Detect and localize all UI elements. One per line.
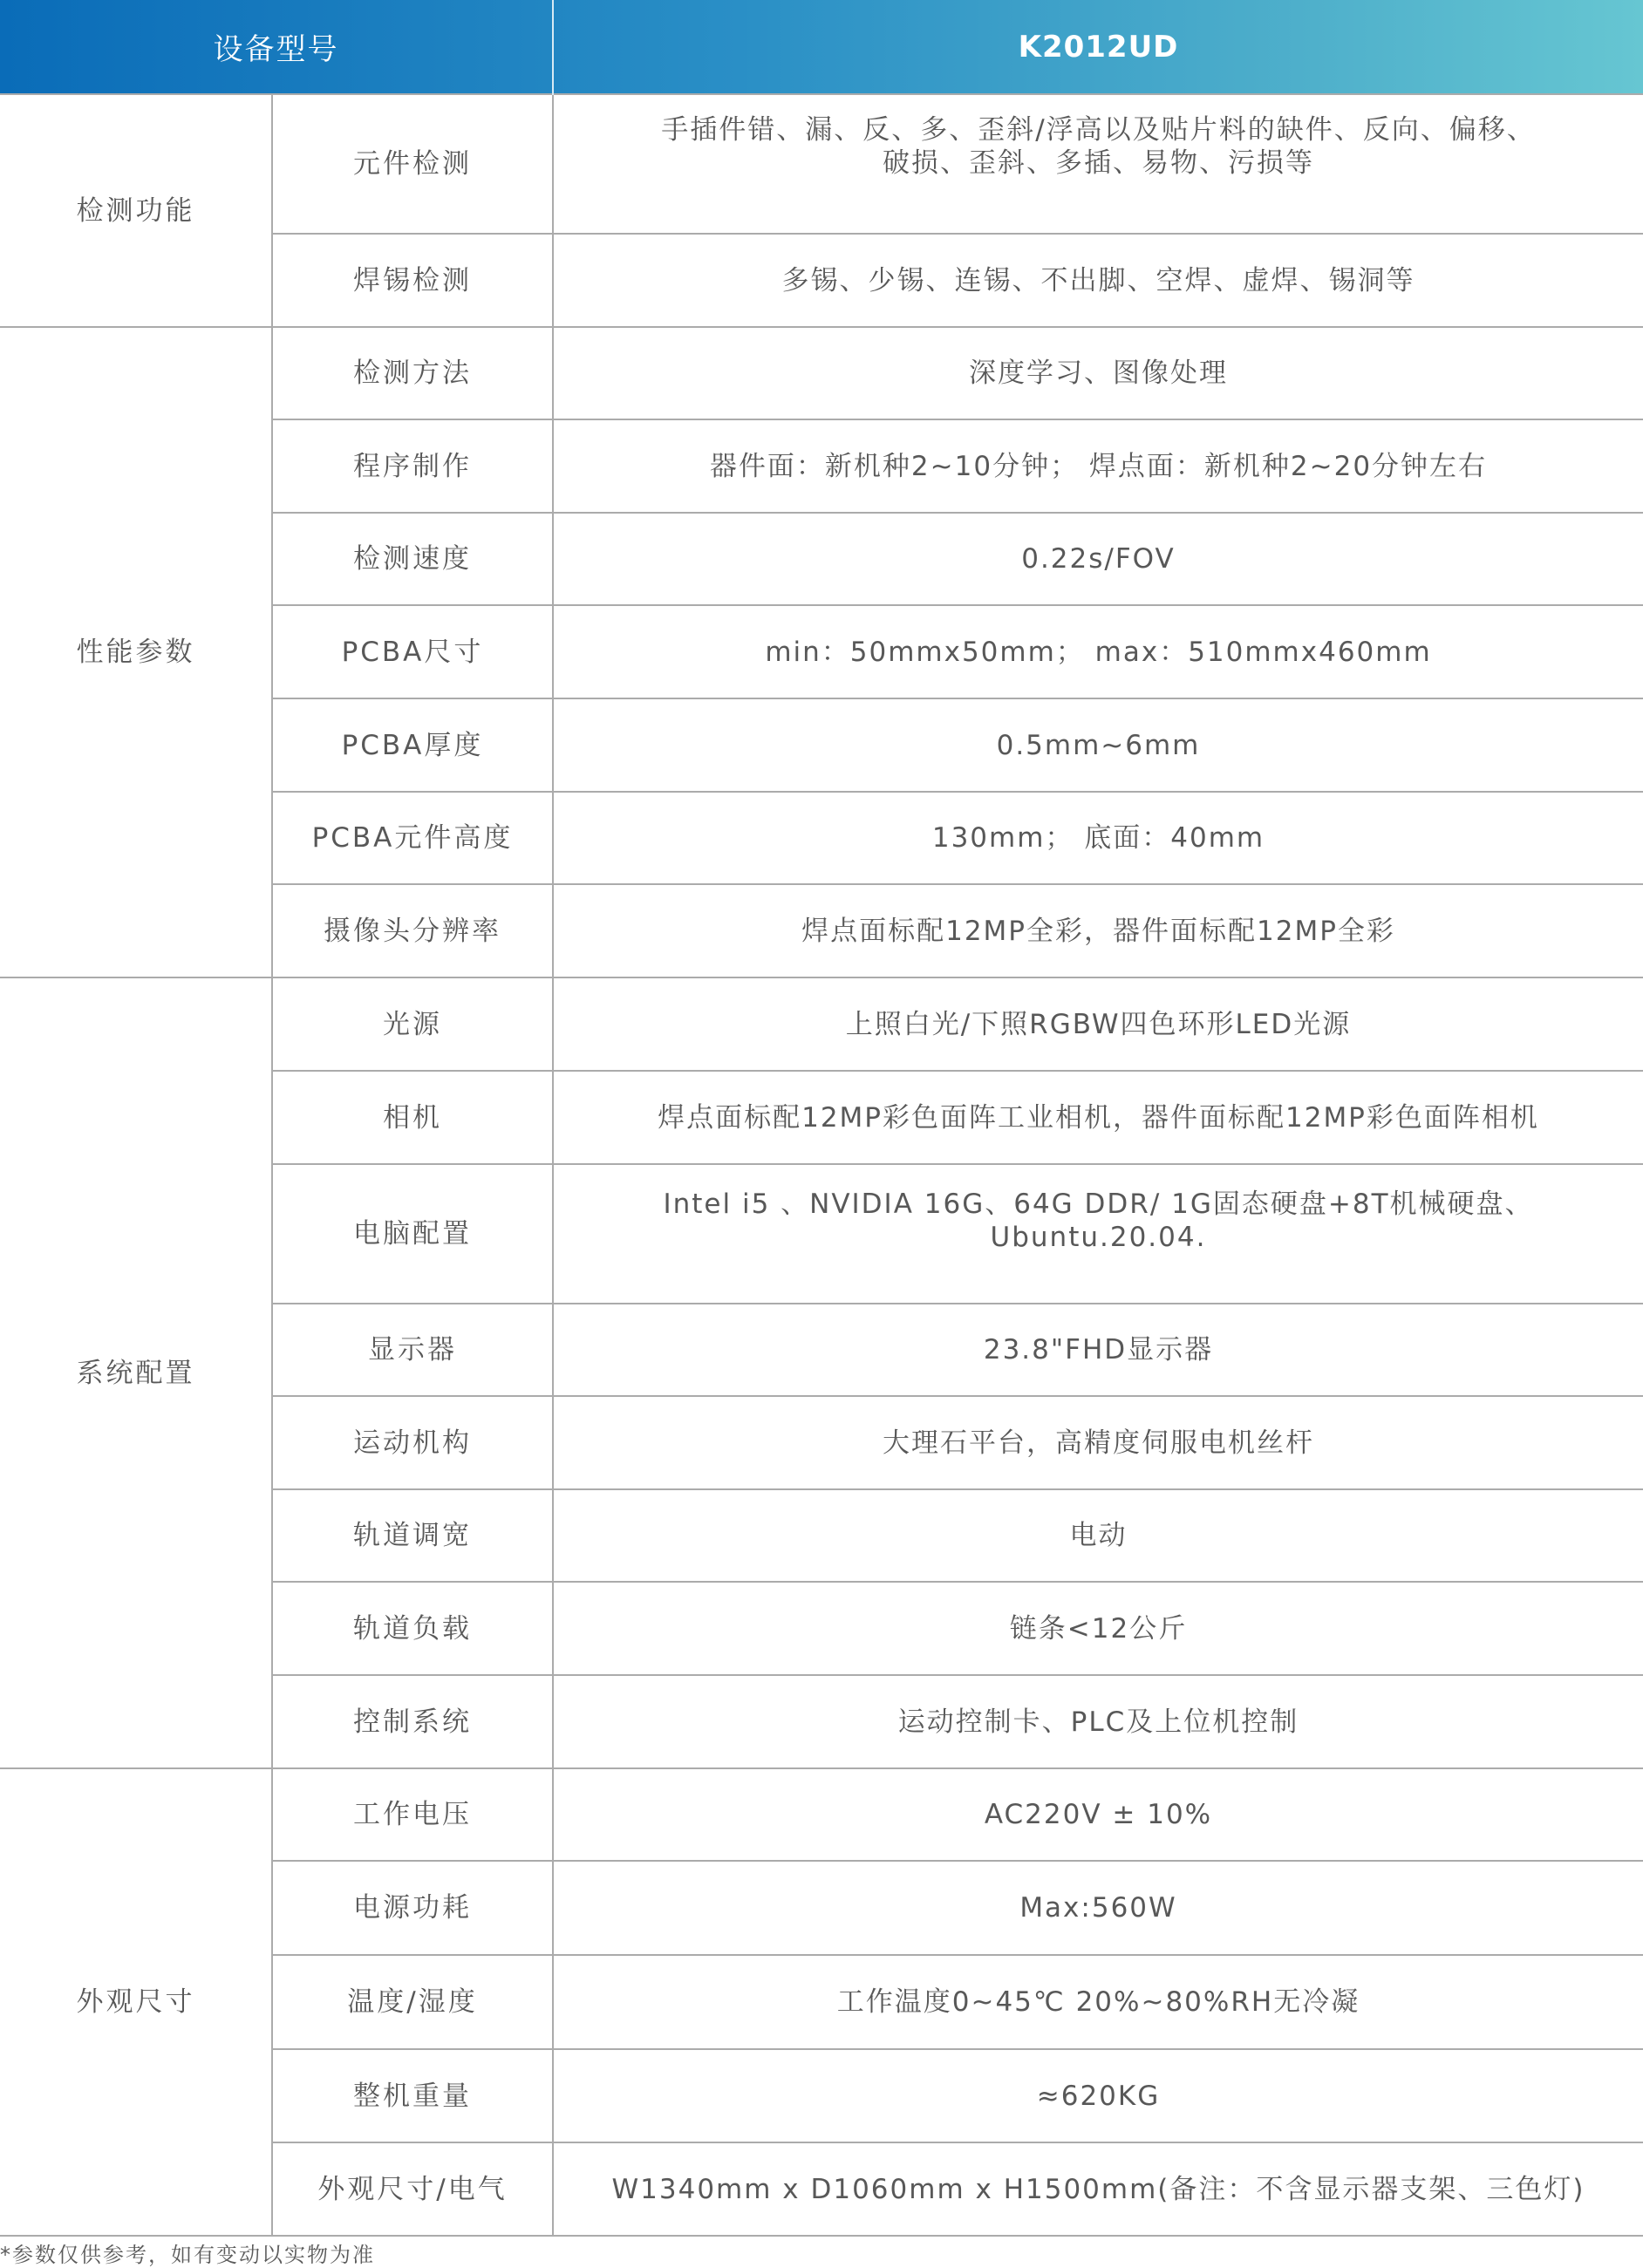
row-value: min：50mmx50mm； max：510mmx460mm xyxy=(553,605,1643,698)
row-value: W1340mm x D1060mm x H1500mm(备注：不含显示器支架、三… xyxy=(553,2142,1643,2236)
row-value: AC220V ± 10% xyxy=(553,1768,1643,1861)
row-item: 外观尺寸/电气 xyxy=(272,2142,553,2236)
row-value: 工作温度0~45℃ 20%~80%RH无冷凝 xyxy=(553,1955,1643,2049)
row-value: 上照白光/下照RGBW四色环形LED光源 xyxy=(553,977,1643,1071)
table-header-row: 设备型号 K2012UD xyxy=(0,0,1643,94)
spec-table: 设备型号 K2012UD 检测功能 元件检测 手插件错、漏、反、多、歪斜/浮高以… xyxy=(0,0,1643,2237)
section-category: 外观尺寸 xyxy=(0,1768,272,2236)
row-item: 元件检测 xyxy=(272,94,553,234)
row-item: 光源 xyxy=(272,977,553,1071)
table-row: 外观尺寸 工作电压 AC220V ± 10% xyxy=(0,1768,1643,1861)
row-item: 电脑配置 xyxy=(272,1164,553,1304)
row-value: 多锡、少锡、连锡、不出脚、空焊、虚焊、锡洞等 xyxy=(553,234,1643,327)
footnote: *参数仅供参考，如有变动以实物为准 xyxy=(0,2237,375,2268)
row-item: 焊锡检测 xyxy=(272,234,553,327)
row-value: 手插件错、漏、反、多、歪斜/浮高以及贴片料的缺件、反向、偏移、 破损、歪斜、多插… xyxy=(553,94,1643,234)
row-value: 0.22s/FOV xyxy=(553,513,1643,605)
row-value: 运动控制卡、PLC及上位机控制 xyxy=(553,1675,1643,1768)
row-value: 23.8"FHD显示器 xyxy=(553,1304,1643,1396)
row-item: 工作电压 xyxy=(272,1768,553,1861)
row-value: 器件面：新机种2~10分钟； 焊点面：新机种2~20分钟左右 xyxy=(553,419,1643,513)
row-item: 温度/湿度 xyxy=(272,1955,553,2049)
row-item: 程序制作 xyxy=(272,419,553,513)
row-value: 电动 xyxy=(553,1489,1643,1582)
row-item: 控制系统 xyxy=(272,1675,553,1768)
table-row: 系统配置 光源 上照白光/下照RGBW四色环形LED光源 xyxy=(0,977,1643,1071)
row-value: 130mm； 底面：40mm xyxy=(553,792,1643,884)
row-value: 焊点面标配12MP彩色面阵工业相机，器件面标配12MP彩色面阵相机 xyxy=(553,1071,1643,1164)
section-category: 系统配置 xyxy=(0,977,272,1768)
row-item: PCBA元件高度 xyxy=(272,792,553,884)
row-value: 链条<12公斤 xyxy=(553,1582,1643,1675)
row-item: 摄像头分辨率 xyxy=(272,884,553,977)
header-label: 设备型号 xyxy=(0,0,553,94)
row-item: PCBA尺寸 xyxy=(272,605,553,698)
row-item: 运动机构 xyxy=(272,1396,553,1489)
section-category: 检测功能 xyxy=(0,94,272,327)
section-category: 性能参数 xyxy=(0,327,272,977)
table-row: 性能参数 检测方法 深度学习、图像处理 xyxy=(0,327,1643,419)
row-item: PCBA厚度 xyxy=(272,698,553,792)
row-item: 显示器 xyxy=(272,1304,553,1396)
row-item: 轨道调宽 xyxy=(272,1489,553,1582)
row-value: Max:560W xyxy=(553,1861,1643,1955)
row-value: 0.5mm~6mm xyxy=(553,698,1643,792)
table-row: 检测功能 元件检测 手插件错、漏、反、多、歪斜/浮高以及贴片料的缺件、反向、偏移… xyxy=(0,94,1643,234)
header-model: K2012UD xyxy=(553,0,1643,94)
table-body: 检测功能 元件检测 手插件错、漏、反、多、歪斜/浮高以及贴片料的缺件、反向、偏移… xyxy=(0,94,1643,2236)
row-item: 整机重量 xyxy=(272,2049,553,2142)
row-value: 大理石平台，高精度伺服电机丝杆 xyxy=(553,1396,1643,1489)
row-value: 焊点面标配12MP全彩，器件面标配12MP全彩 xyxy=(553,884,1643,977)
row-value: ≈620KG xyxy=(553,2049,1643,2142)
row-item: 电源功耗 xyxy=(272,1861,553,1955)
row-item: 相机 xyxy=(272,1071,553,1164)
row-value: Intel i5 、NVIDIA 16G、64G DDR/ 1G固态硬盘+8T机… xyxy=(553,1164,1643,1304)
row-item: 轨道负载 xyxy=(272,1582,553,1675)
row-item: 检测速度 xyxy=(272,513,553,605)
row-value: 深度学习、图像处理 xyxy=(553,327,1643,419)
row-item: 检测方法 xyxy=(272,327,553,419)
